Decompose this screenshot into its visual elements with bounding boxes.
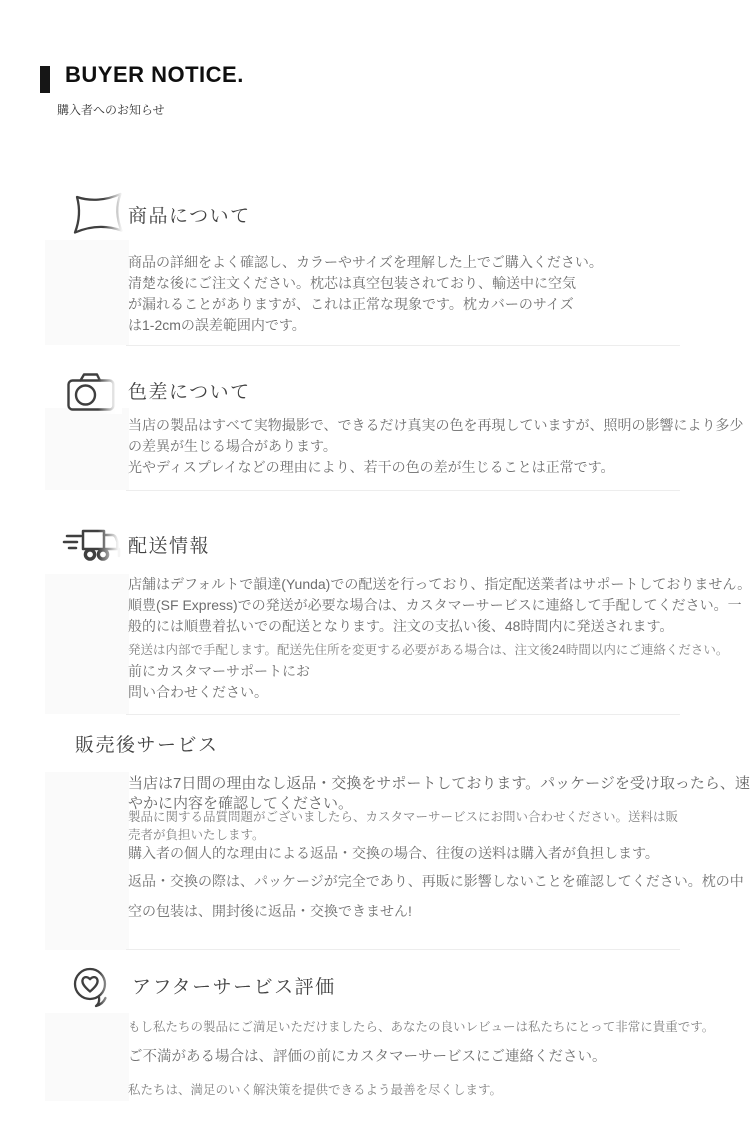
- heart-bubble-icon: [69, 965, 119, 1010]
- section-shipping: 配送情報 店舗はデフォルトで韻達(Yunda)での配送を行っており、指定配送業者…: [0, 522, 750, 714]
- paragraph: 前にカスタマーサポートにお問い合わせください。: [128, 661, 316, 703]
- section-title: 販売後サービス: [75, 730, 219, 757]
- icon-fade: [99, 965, 122, 1010]
- paragraph: 発送は内部で手配します。配送先住所を変更する必要がある場合は、注文後24時間以内…: [128, 641, 750, 659]
- page-title: BUYER NOTICE.: [65, 62, 244, 88]
- paragraph: もし私たちの製品にご満足いただけましたら、あなたの良いレビューは私たちにとって非…: [128, 1018, 750, 1036]
- pillow-icon: [70, 190, 127, 237]
- section-divider: [126, 345, 680, 346]
- page-header: BUYER NOTICE. 購入者へのお知らせ: [40, 62, 360, 126]
- section-service-review: アフターサービス評価 もし私たちの製品にご満足いただけましたら、あなたの良いレビ…: [0, 963, 750, 1144]
- section-title: 色差について: [128, 377, 251, 404]
- paragraph: 返品・交換の際は、パッケージが完全であり、再販に影響しないことを確認してください…: [128, 871, 744, 892]
- section-divider: [126, 714, 680, 715]
- page-subtitle: 購入者へのお知らせ: [57, 101, 165, 118]
- section-after-sales: 販売後サービス 当店は7日間の理由なし返品・交換をサポートしております。パッケー…: [0, 728, 750, 949]
- paragraph: 光やディスプレイなどの理由により、若干の色の差が生じることは正常です。: [128, 457, 750, 478]
- section-divider: [126, 490, 680, 491]
- section-color-difference: 色差について 当店の製品はすべて実物撮影で、できるだけ真実の色を再現していますが…: [0, 368, 750, 490]
- paragraph: 製品に関する品質問題がございましたら、カスタマーサービスにお問い合わせください。…: [128, 808, 678, 844]
- paragraph: 空の包装は、開封後に返品・交換できません!: [128, 901, 750, 922]
- camera-icon: [66, 370, 120, 414]
- paragraph: 購入者の個人的な理由による返品・交換の場合、往復の送料は購入者が負担します。: [128, 843, 750, 864]
- icon-fade: [98, 525, 126, 567]
- icon-fade: [103, 190, 129, 237]
- paragraph: 私たちは、満足のいく解決策を提供できるよう最善を尽くします。: [128, 1081, 750, 1099]
- paragraph: ご不満がある場合は、評価の前にカスタマーサービスにご連絡ください。: [128, 1047, 750, 1068]
- paragraph: 店舗はデフォルトで韻達(Yunda)での配送を行っており、指定配送業者はサポート…: [128, 574, 750, 637]
- section-title: 配送情報: [128, 531, 210, 558]
- accent-bar: [40, 66, 50, 93]
- section-title: 商品について: [128, 201, 251, 228]
- paragraph: 商品の詳細をよく確認し、カラーやサイズを理解した上でご購入ください。: [128, 252, 748, 273]
- section-product: 商品について 商品の詳細をよく確認し、カラーやサイズを理解した上でご購入ください…: [0, 190, 750, 346]
- icon-fade: [98, 370, 122, 414]
- paragraph: 当店の製品はすべて実物撮影で、できるだけ真実の色を再現していますが、照明の影響に…: [128, 415, 750, 457]
- section-divider: [126, 949, 680, 950]
- section-title: アフターサービス評価: [132, 972, 336, 999]
- buyer-notice-page: BUYER NOTICE. 購入者へのお知らせ 商品について 商品の詳細をよく確…: [0, 0, 750, 1144]
- truck-icon: [62, 525, 124, 567]
- paragraph: 清楚な後にご注文ください。枕芯は真空包装されており、輸送中に空気が漏れることがあ…: [128, 273, 576, 336]
